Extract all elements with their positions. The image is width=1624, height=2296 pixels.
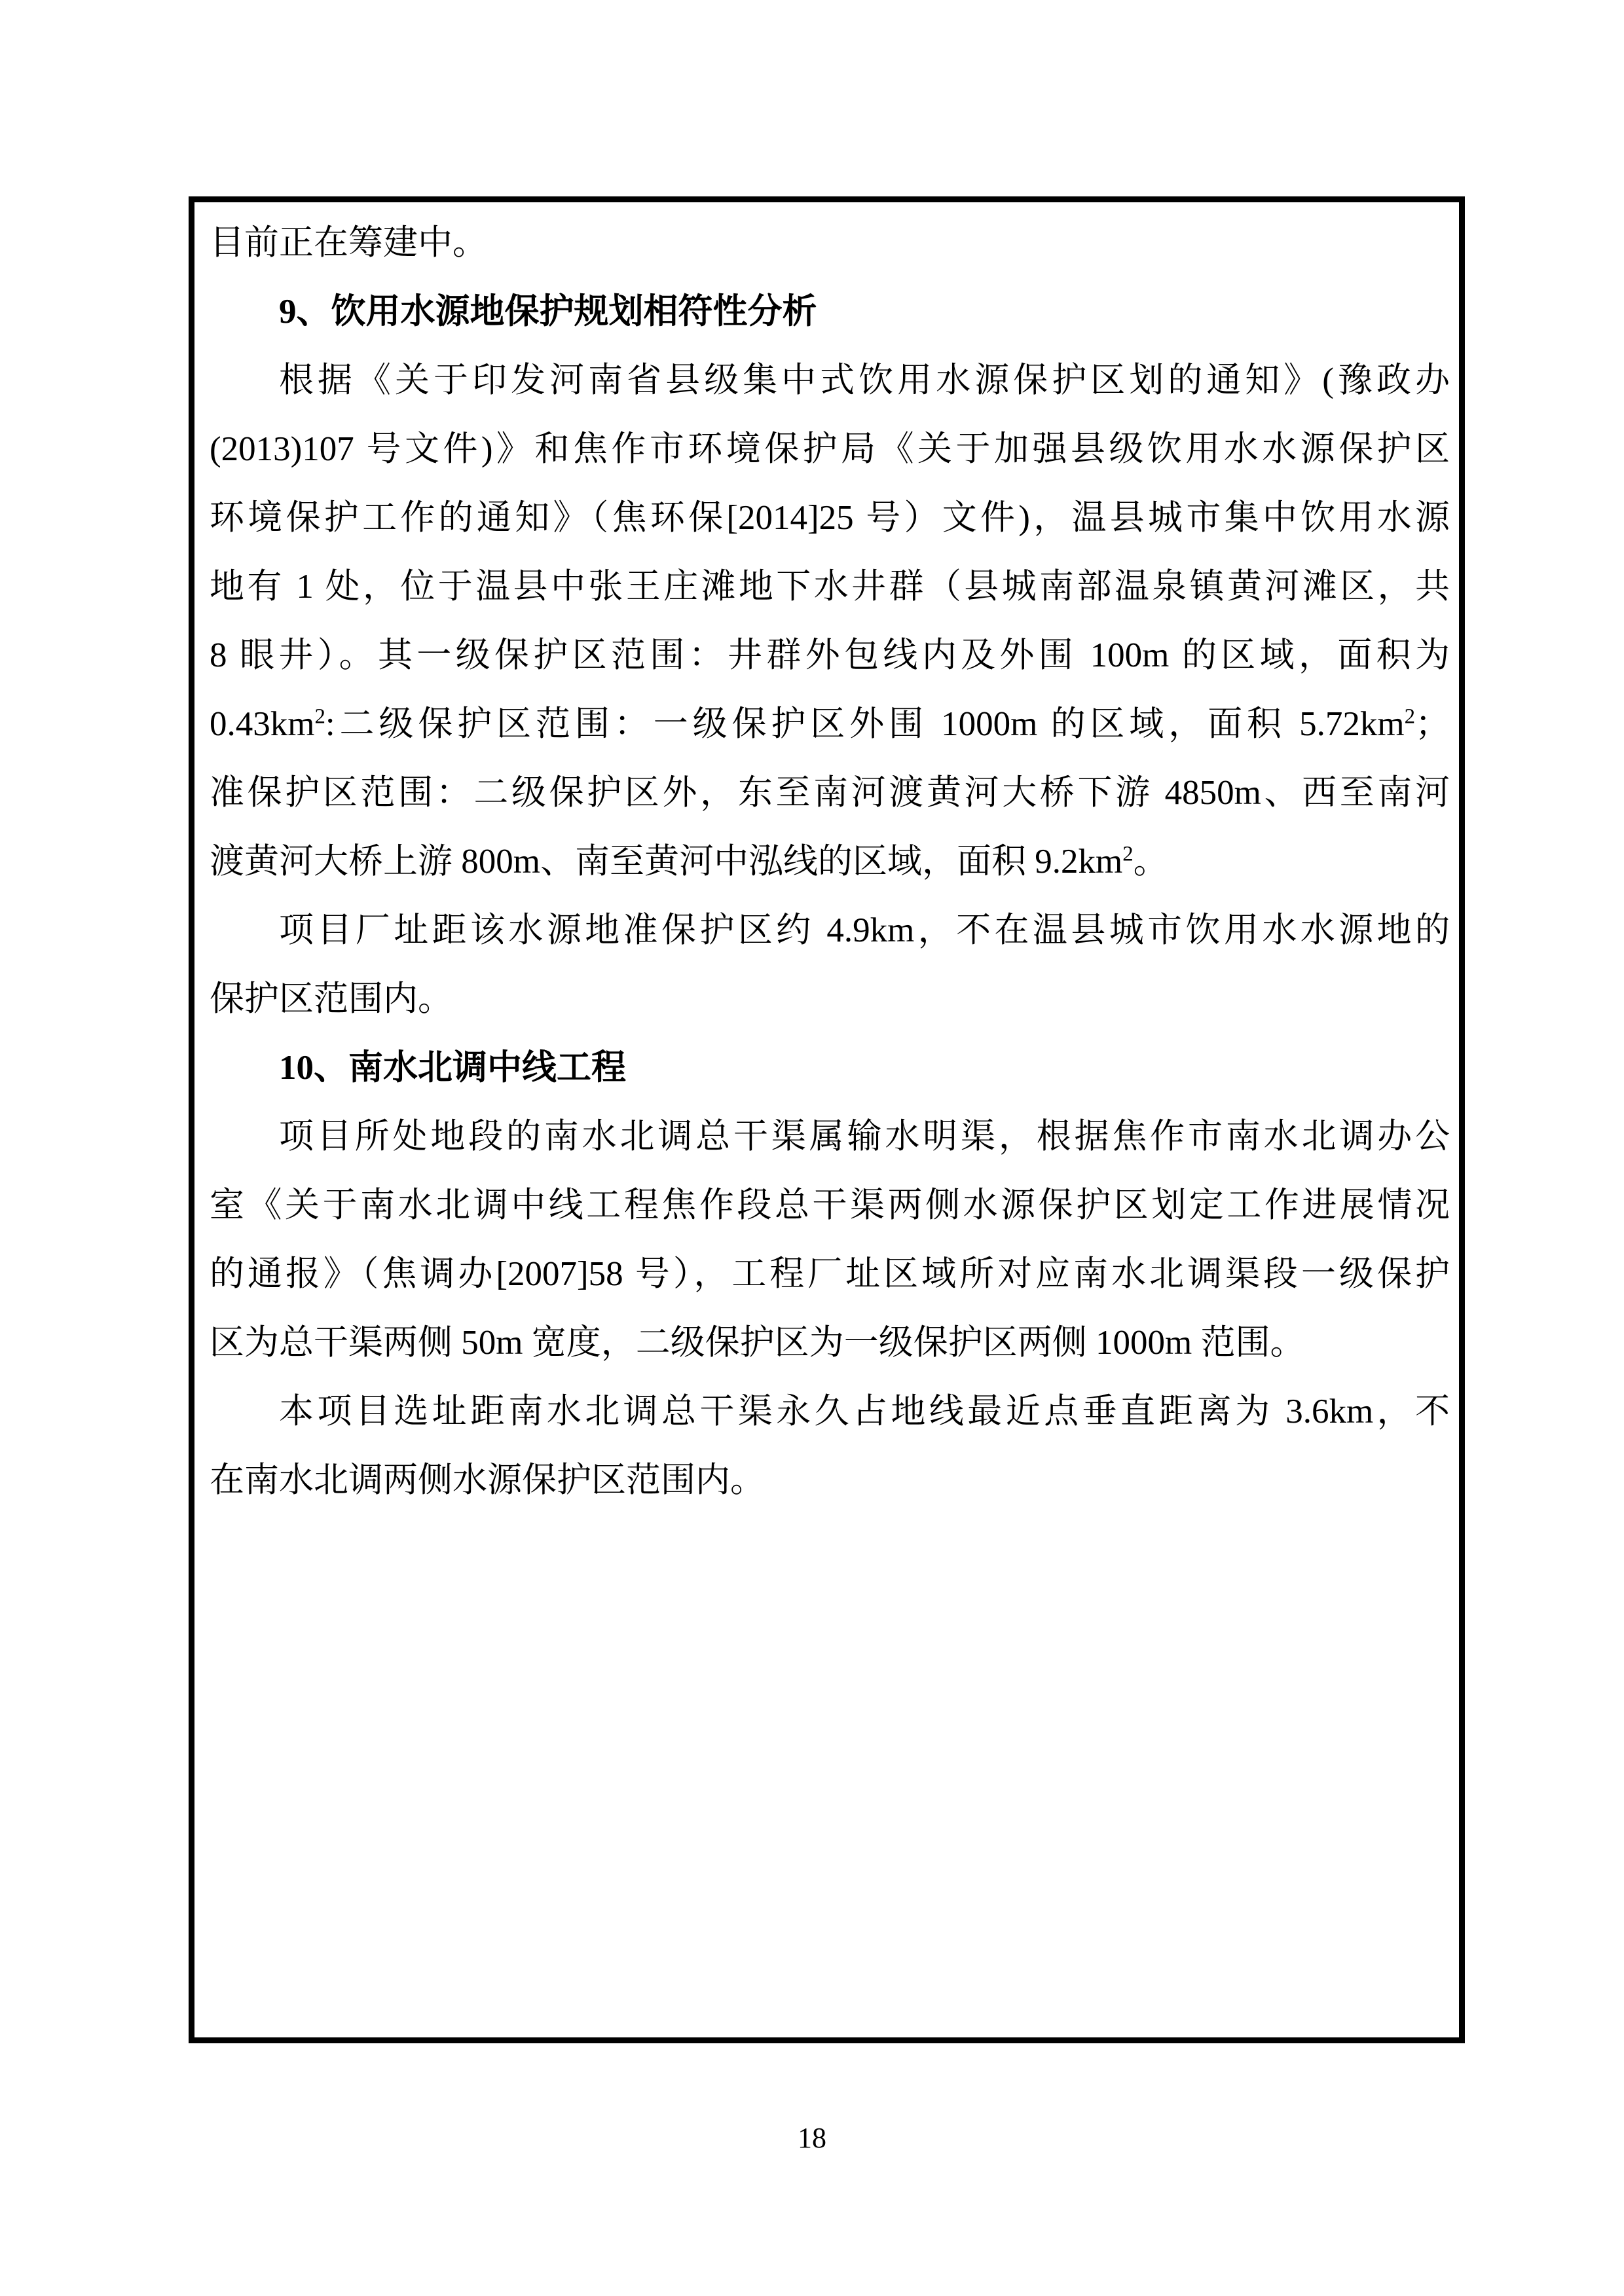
text-segment: 区为总干渠两侧 50m 宽度，二级保护区为一级保护区两侧 1000m 范围。 [210,1324,1304,1362]
content-frame: 目前正在筹建中。9、饮用水源地保护规划相符性分析根据《关于印发河南省县级集中式饮… [189,196,1465,2043]
text-line: 根据《关于印发河南省县级集中式饮用水源保护区划的通知》(豫政办 [210,346,1450,415]
text-line: 项目所处地段的南水北调总干渠属输水明渠，根据焦作市南水北调办公 [210,1102,1450,1171]
text-line: 区为总干渠两侧 50m 宽度，二级保护区为一级保护区两侧 1000m 范围。 [210,1309,1450,1377]
text-segment: 的通报》（焦调办[2007]58 号），工程厂址区域所对应南水北调渠段一级保护 [210,1255,1450,1293]
text-segment: 根据《关于印发河南省县级集中式饮用水源保护区划的通知》(豫政办 [279,361,1450,399]
text-segment: 8 眼井）。其一级保护区范围：井群外包线内及外围 100m 的区域，面积为 [210,636,1450,674]
text-segment: 准保护区范围：二级保护区外，东至南河渡黄河大桥下游 4850m、西至南河 [210,774,1450,812]
text-segment: 项目厂址距该水源地准保护区约 4.9km，不在温县城市饮用水水源地的 [279,911,1450,949]
text-line: 的通报》（焦调办[2007]58 号），工程厂址区域所对应南水北调渠段一级保护 [210,1240,1450,1309]
text-segment: 。 [1134,843,1168,881]
text-line: 保护区范围内。 [210,965,1450,1034]
heading-line: 9、饮用水源地保护规划相符性分析 [210,278,1450,346]
text-line: 室《关于南水北调中线工程焦作段总干渠两侧水源保护区划定工作进展情况 [210,1171,1450,1240]
text-line: 0.43km2:二级保护区范围：一级保护区外围 1000m 的区域，面积 5.7… [210,690,1450,759]
text-line: 环境保护工作的通知》（焦环保[2014]25 号）文件)，温县城市集中饮用水源 [210,484,1450,553]
superscript: 2 [1405,704,1415,728]
superscript: 2 [1122,842,1133,866]
text-segment: 9、饮用水源地保护规划相符性分析 [279,293,817,331]
text-segment: 环境保护工作的通知》（焦环保[2014]25 号）文件)，温县城市集中饮用水源 [210,499,1450,537]
text-segment: 室《关于南水北调中线工程焦作段总干渠两侧水源保护区划定工作进展情况 [210,1186,1450,1224]
text-segment: 本项目选址距南水北调总干渠永久占地线最近点垂直距离为 3.6km，不 [279,1393,1450,1430]
text-segment: 渡黄河大桥上游 800m、南至黄河中泓线的区域，面积 9.2km [210,843,1122,881]
document-lines: 目前正在筹建中。9、饮用水源地保护规划相符性分析根据《关于印发河南省县级集中式饮… [210,209,1450,1515]
text-segment: 在南水北调两侧水源保护区范围内。 [210,1461,765,1499]
page-number: 18 [0,2121,1624,2155]
text-line: (2013)107 号文件)》和焦作市环境保护局《关于加强县级饮用水水源保护区 [210,415,1450,484]
text-segment: :二级保护区范围：一级保护区外围 1000m 的区域，面积 5.72km [325,705,1405,743]
text-line: 地有 1 处，位于温县中张王庄滩地下水井群（县城南部温泉镇黄河滩区，共 [210,553,1450,621]
text-segment: 项目所处地段的南水北调总干渠属输水明渠，根据焦作市南水北调办公 [279,1118,1450,1156]
text-line: 准保护区范围：二级保护区外，东至南河渡黄河大桥下游 4850m、西至南河 [210,759,1450,828]
superscript: 2 [314,704,325,728]
text-line: 8 眼井）。其一级保护区范围：井群外包线内及外围 100m 的区域，面积为 [210,621,1450,690]
text-segment: 0.43km [210,705,314,743]
text-segment: 10、南水北调中线工程 [279,1049,626,1087]
text-line: 项目厂址距该水源地准保护区约 4.9km，不在温县城市饮用水水源地的 [210,896,1450,965]
text-line: 在南水北调两侧水源保护区范围内。 [210,1446,1450,1515]
document-page: 目前正在筹建中。9、饮用水源地保护规划相符性分析根据《关于印发河南省县级集中式饮… [0,0,1624,2296]
text-line: 目前正在筹建中。 [210,209,1450,278]
text-segment: 地有 1 处，位于温县中张王庄滩地下水井群（县城南部温泉镇黄河滩区，共 [210,568,1450,606]
heading-line: 10、南水北调中线工程 [210,1034,1450,1102]
text-segment: 目前正在筹建中。 [210,224,487,262]
text-line: 本项目选址距南水北调总干渠永久占地线最近点垂直距离为 3.6km，不 [210,1377,1450,1446]
text-segment: (2013)107 号文件)》和焦作市环境保护局《关于加强县级饮用水水源保护区 [210,430,1450,468]
text-segment: ； [1415,705,1450,743]
text-segment: 保护区范围内。 [210,980,452,1018]
text-line: 渡黄河大桥上游 800m、南至黄河中泓线的区域，面积 9.2km2。 [210,828,1450,896]
